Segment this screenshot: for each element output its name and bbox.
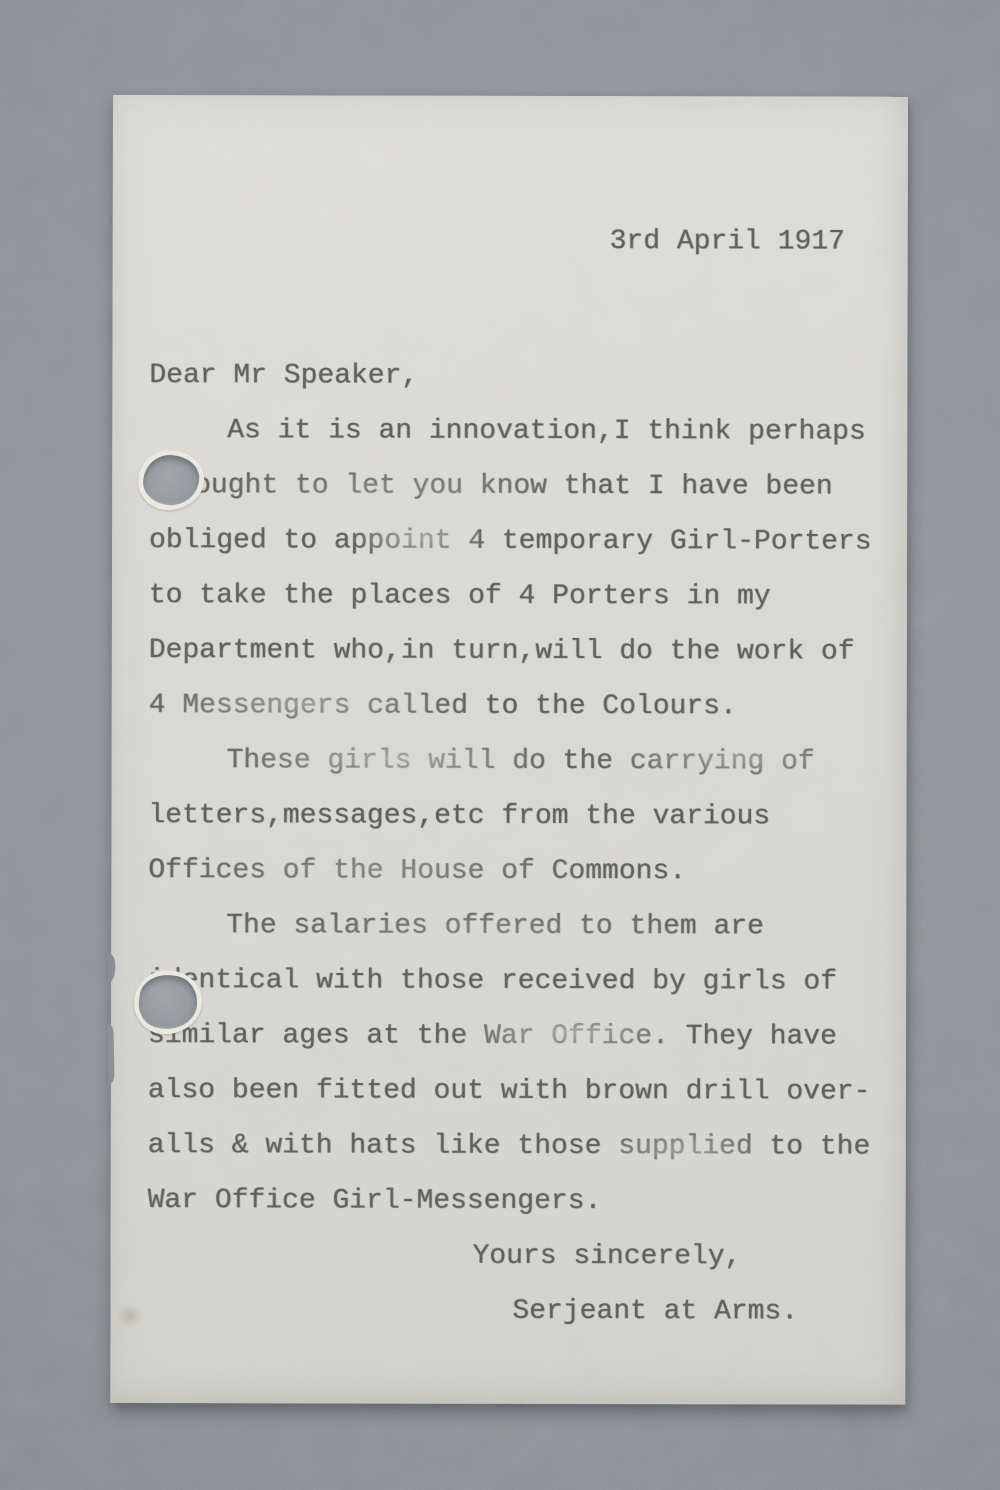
punch-hole-bottom (139, 975, 197, 1029)
body-line: 4 Messengers called to the Colours. (149, 678, 907, 735)
letter-page: 3rd April 1917Dear Mr Speaker,As it is a… (110, 95, 908, 1405)
body-line: similar ages at the War Office. They hav… (148, 1008, 906, 1065)
letter-body: 3rd April 1917Dear Mr Speaker,As it is a… (110, 95, 908, 1405)
body-line: letters,messages,etc from the various (148, 788, 906, 845)
letter-date: 3rd April 1917 (610, 214, 908, 270)
body-line: obliged to appoint 4 temporary Girl-Port… (149, 513, 907, 570)
body-line: alls & with hats like those supplied to … (148, 1118, 906, 1175)
body-line: identical with those received by girls o… (148, 953, 906, 1010)
body-line: Offices of the House of Commons. (148, 843, 906, 900)
body-line: These girls will do the carrying of (227, 733, 907, 789)
body-line: Department who,in turn,will do the work … (149, 623, 907, 680)
scan-background: 3rd April 1917Dear Mr Speaker,As it is a… (0, 0, 1000, 1490)
salutation-line: Dear Mr Speaker, (149, 348, 907, 405)
torn-edge-nick (108, 1023, 115, 1085)
signature-line: Serjeant at Arms. (512, 1284, 905, 1340)
body-line: ought to let you know that I have been (194, 458, 907, 514)
body-line: to take the places of 4 Porters in my (149, 568, 907, 625)
punch-hole-top (143, 455, 199, 505)
body-line: As it is an innovation,I think perhaps (227, 403, 907, 459)
closing-line: Yours sincerely, (473, 1229, 906, 1285)
body-line: The salaries offered to them are (226, 898, 906, 954)
body-line: also been fitted out with brown drill ov… (148, 1063, 906, 1120)
paper-stain (115, 1305, 143, 1327)
body-line: War Office Girl-Messengers. (148, 1173, 906, 1230)
